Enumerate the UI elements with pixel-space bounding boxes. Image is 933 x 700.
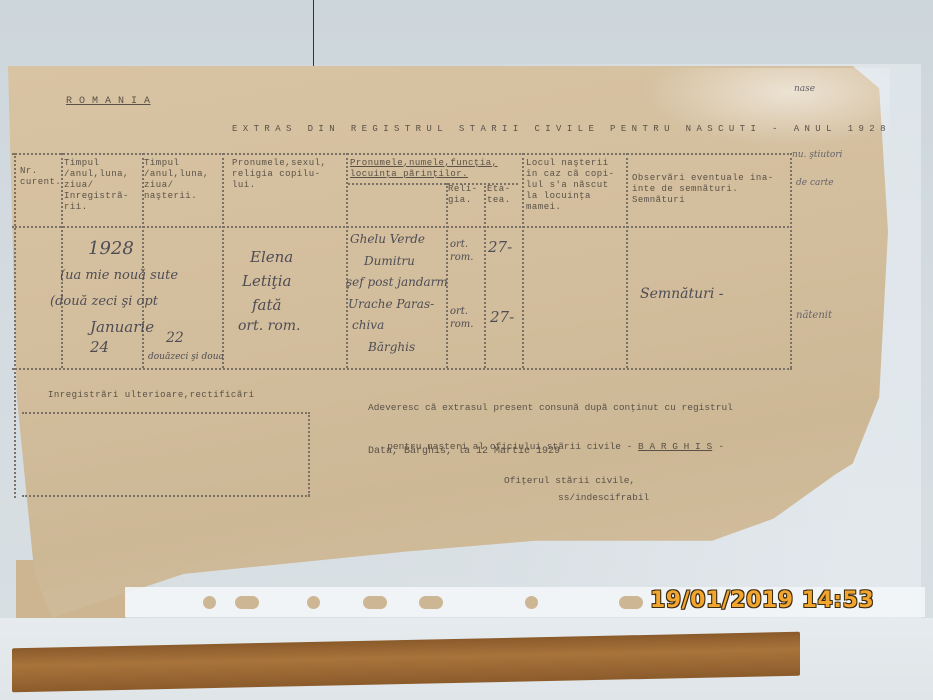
col-border-age [484,183,486,368]
father-religion: ort. rom. [450,238,480,264]
margin-note-side: nãtenit [796,310,832,321]
country-heading: R O M A N I A [66,96,151,107]
header-parents: Pronumele,numele,funcţia, locuinţa pãrin… [350,158,498,180]
punch-hole [619,596,643,609]
father-name-2: Dumitru [364,254,415,268]
margin-note-middle-1: nu. ştiutori [792,150,842,160]
birth-day: 22 [166,330,184,346]
later-box-top [22,412,310,414]
mother-name: Urache Paras- [348,297,434,311]
child-religion: ort. rom. [238,318,301,334]
officer-signature: ss/indescifrabil [558,492,649,503]
certification-line-1: Adeveresc cã extrasul present consunã du… [368,402,733,413]
registration-day: 24 [90,338,109,356]
registration-year: 1928 [88,238,134,259]
certification-place: B A R G H I S [638,441,712,452]
father-occupation: şef post jandarm [346,275,448,289]
wall-cable [313,0,314,66]
father-name: Ghelu Verde [350,232,425,246]
header-observations: Observãri eventuale ina- inte de semnãtu… [632,173,774,206]
col-border-5 [522,153,524,368]
col-border-4 [346,153,348,368]
father-age: 27- [488,238,512,256]
header-birthplace: Locul naşterii în caz cã copi- lul s'a n… [526,158,615,213]
registration-words-2: (două zeci şi opt [50,294,158,309]
punch-hole [235,596,259,609]
entry-bottom-border [12,368,792,370]
margin-note-middle-2: de carte [796,178,834,188]
later-registrations-label: Inregistrãri ulterioare,rectificãri [48,390,255,400]
officer-title: Ofiţerul stãrii civile, [504,475,635,486]
certification-date: Data, Bãrghis, la 12 Martie 1929 [368,446,560,457]
child-first-name: Elena [250,248,293,266]
later-box-right [308,412,310,496]
col-border-3 [222,153,224,368]
punch-hole [525,596,538,609]
col-border-6 [626,153,628,368]
mother-name-2: chiva [352,318,384,332]
header-age: Eta- tea. [487,184,511,206]
sleeve-glare [640,68,890,148]
parents-residence: Bărghis [368,340,415,354]
child-sex: fată [252,296,281,314]
header-birth-time: Timpul /anul,luna, ziua/ naşterii. [144,158,209,202]
observations-signatures: Semnături - [640,286,724,302]
table-top-border [12,153,792,155]
header-registration-time: Timpul /anul,luna, ziua/ Inregistrã- rii… [64,158,129,213]
col-border-0 [14,153,16,498]
child-second-name: Letiţia [242,272,291,290]
later-box-bottom [22,495,310,497]
header-religion: Reli- gia. [448,184,478,206]
registration-month: Januarie [90,318,154,336]
header-bottom-border [12,226,792,228]
photo-timestamp: 19/01/2019 14:53 [650,588,874,613]
punch-hole [363,596,387,609]
punch-hole [307,596,320,609]
margin-note-top: nase [794,84,815,94]
punch-hole [419,596,443,609]
punch-hole [203,596,216,609]
mother-religion: ort. rom. [450,305,480,331]
certification-dash: - [712,441,724,452]
mother-age: 27- [490,308,514,326]
registration-words-1: (ua mie nouă sute [60,268,178,283]
header-nr-curent: Nr. curent. [20,166,61,188]
col-border-7 [790,153,792,368]
document-title: E X T R A S D I N R E G I S T R U L S T … [232,124,886,134]
header-child: Pronumele,sexul, religia copilu- lui. [232,158,326,191]
birth-day-words: douăzeci şi doua [148,352,224,362]
